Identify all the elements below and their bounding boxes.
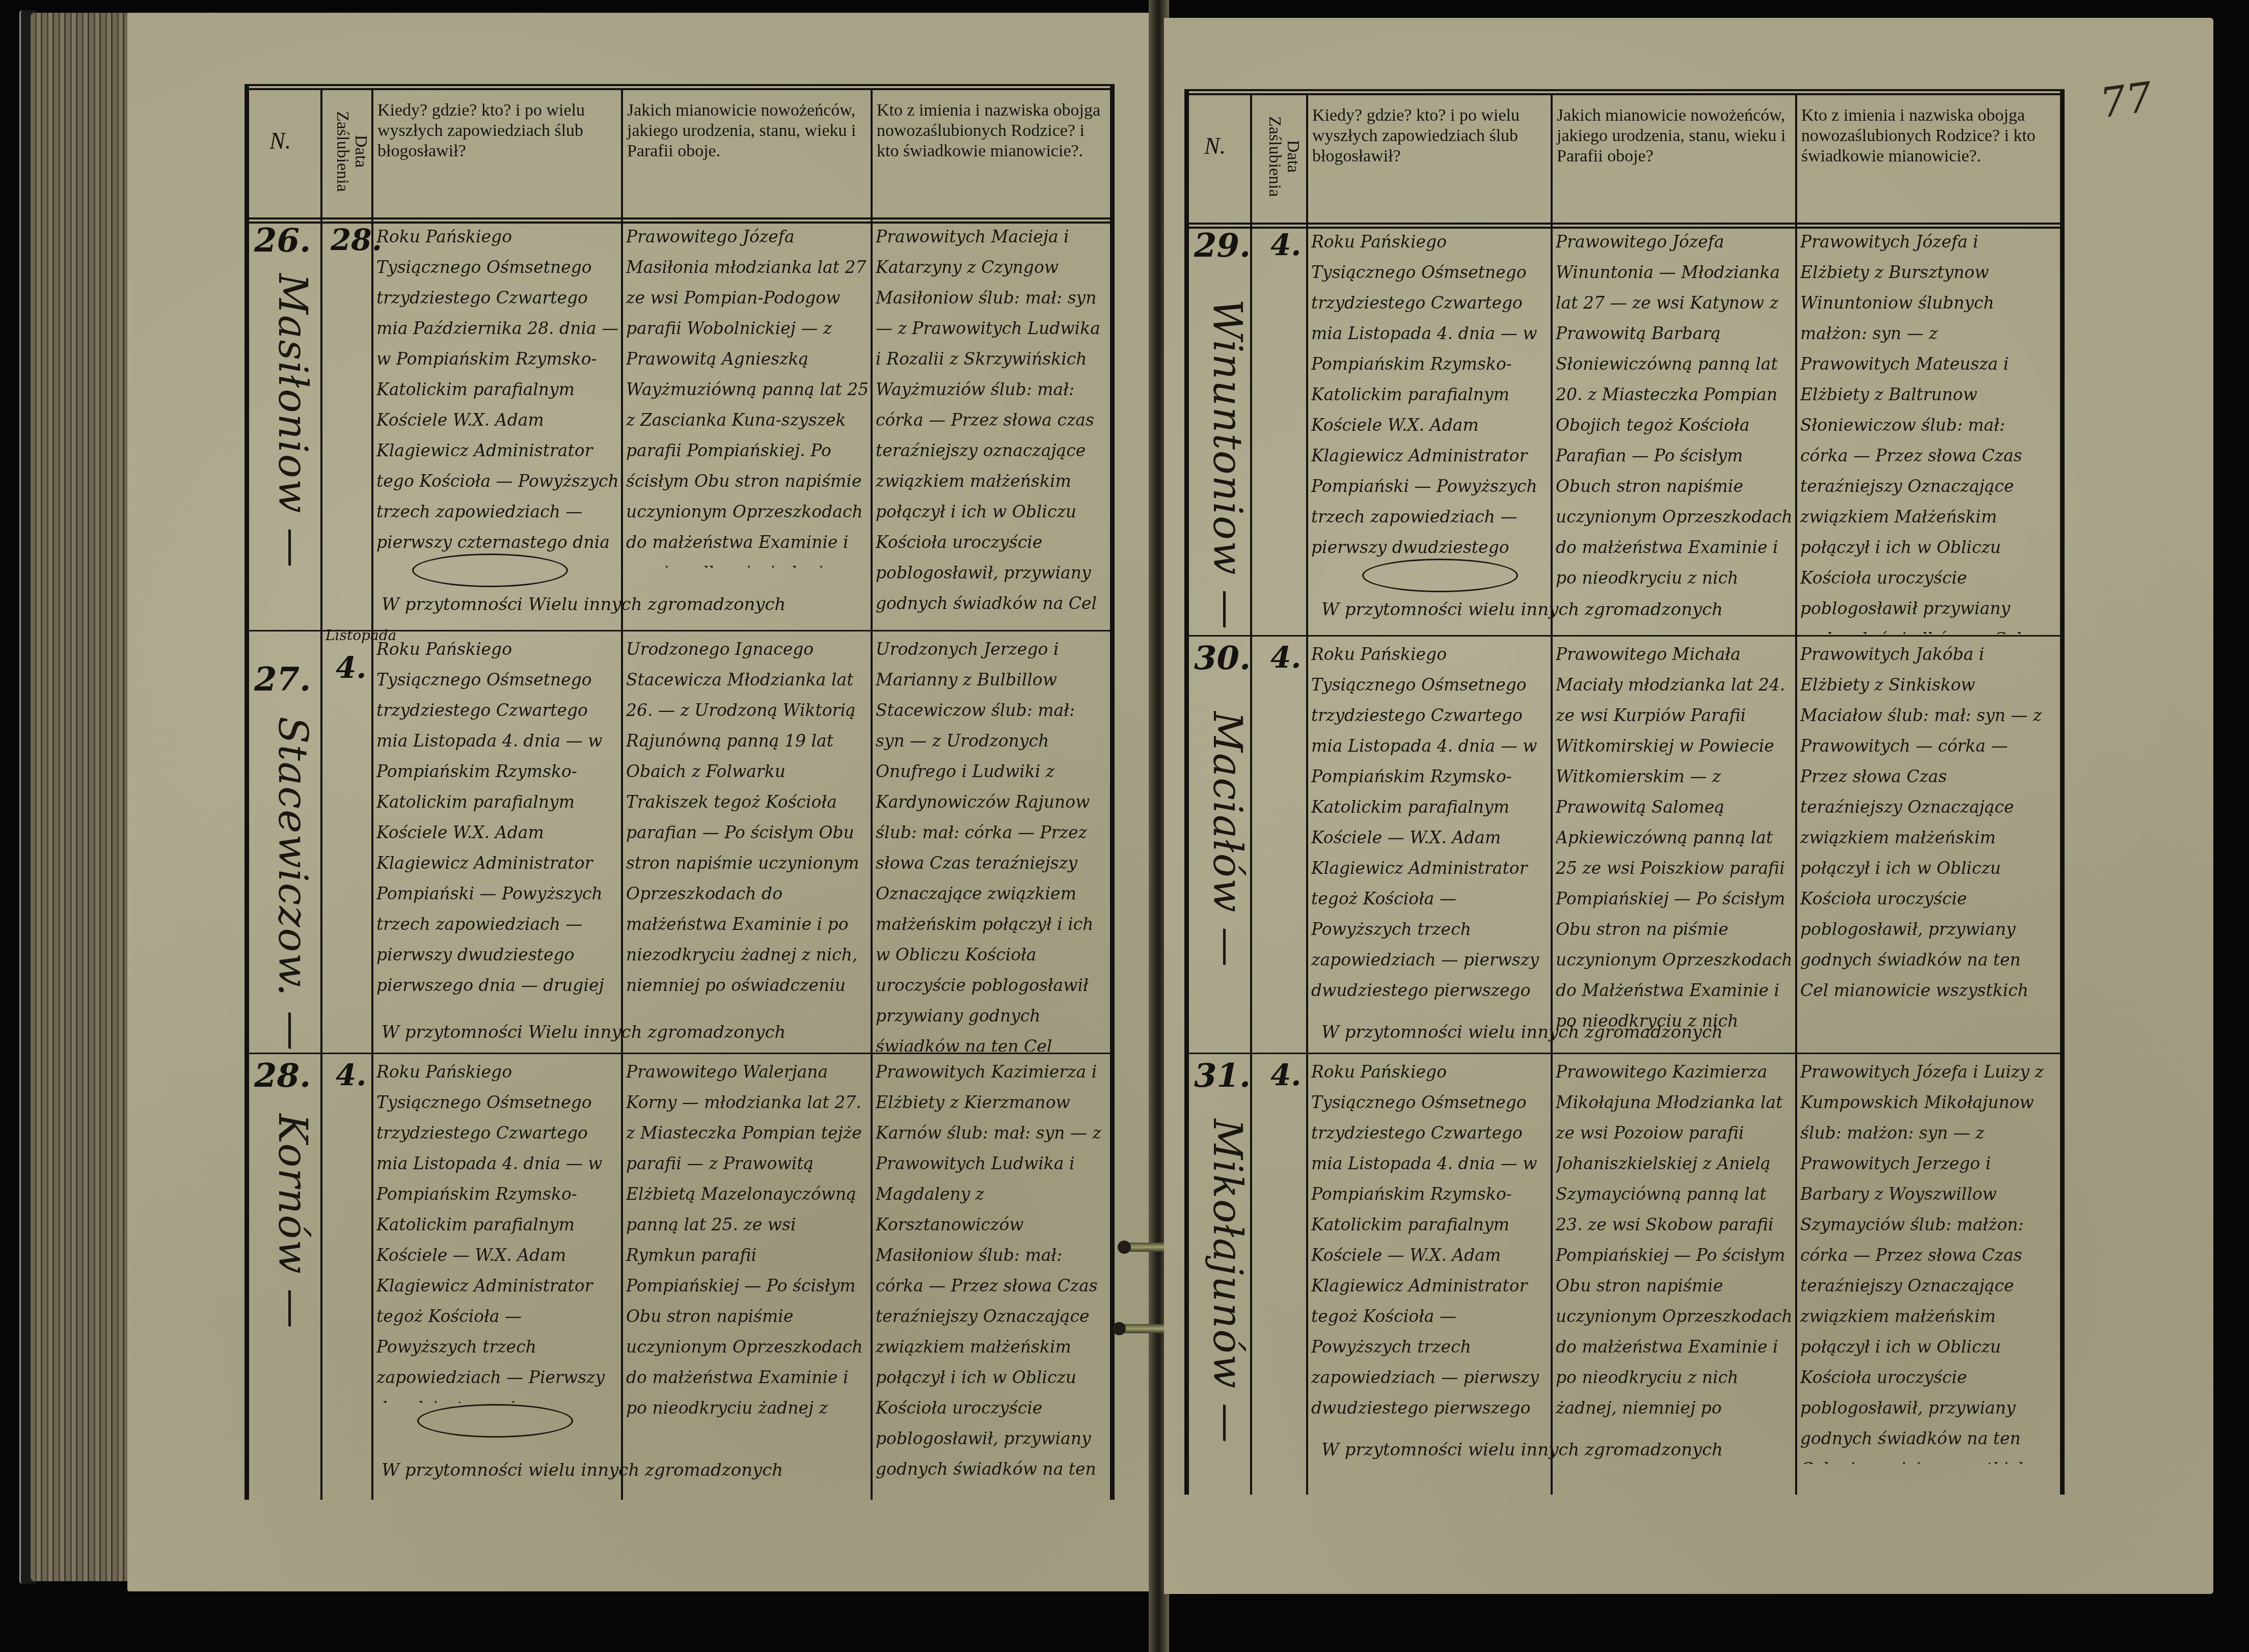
entry-number: 27.: [254, 660, 311, 699]
register-entry: 30. 4. Maciałów — Roku Pańskiego Tysiącz…: [1189, 635, 2060, 1054]
entry-date: 4.: [336, 1058, 367, 1092]
entry-date: 4.: [1270, 1058, 1302, 1092]
entry-surname: Stacewiczow. —: [269, 717, 315, 1052]
register-table-right: N. Data Zaślubienia Kiedy? gdzie? kto? i…: [1184, 89, 2065, 1495]
flourish-decoration: [1362, 559, 1518, 592]
entry-date: 28.: [331, 223, 382, 257]
entry-date: 4.: [1270, 640, 1302, 675]
entry-when-where: Roku Pańskiego Tysiącznego Ośmsetnego tr…: [376, 634, 621, 1001]
register-entry: Listopada 27. 4. Stacewiczow. — Roku Pań…: [249, 630, 1110, 1054]
entry-newlyweds: Prawowitego Kazimierza Mikołajuna Młodzi…: [1556, 1057, 1795, 1423]
entry-surname: Masiłoniow —: [269, 273, 315, 568]
register-entry: 29. 4. Winuntoniow — Roku Pańskiego Tysi…: [1189, 223, 2060, 637]
header-number: N.: [1204, 136, 1226, 156]
entry-date: 4.: [1270, 228, 1302, 262]
entry-surname: Mikołajunów —: [1204, 1119, 1250, 1444]
page-number: 77: [2097, 73, 2155, 127]
entry-footer-note: W przytomności Wielu innych zgromadzonyc…: [382, 594, 785, 615]
header-parents-witnesses: Kto z imienia i nazwiska obojga nowozaśl…: [877, 100, 1101, 161]
entry-when-where: Roku Pańskiego Tysiącznego Ośmsetnego tr…: [1311, 1057, 1551, 1423]
entry-surname: Winuntoniow —: [1204, 299, 1250, 630]
entry-newlyweds: Prawowitego Michała Maciały młodzianka l…: [1556, 639, 1795, 1036]
entry-newlyweds: Prawowitego Józefa Winuntonia — Młodzian…: [1556, 227, 1795, 593]
entry-parents-witnesses: Prawowitych Józefa i Elżbiety z Bursztyn…: [1800, 227, 2050, 634]
book-spread: N. Data Zaślubienia Kiedy? gdzie? kto? i…: [0, 0, 2249, 1652]
entry-surname: Maciałów —: [1204, 711, 1250, 968]
entry-footer-note: W przytomności wielu innych zgromadzonyc…: [1321, 599, 1723, 620]
entry-footer-note: W przytomności wielu innych zgromadzonyc…: [1321, 1022, 1723, 1042]
flourish-decoration: [412, 554, 568, 587]
entry-newlyweds: Prawowitego Józefa Masiłonia młodzianka …: [626, 222, 871, 568]
entry-number: 26.: [254, 222, 311, 260]
entry-parents-witnesses: Prawowitych Macieja i Katarzyny z Czyngo…: [876, 222, 1105, 624]
entry-parents-witnesses: Prawowitych Józefa i Luizy z Kumpowskich…: [1800, 1057, 2050, 1464]
register-table-left: N. Data Zaślubienia Kiedy? gdzie? kto? i…: [245, 84, 1115, 1500]
entry-number: 28.: [254, 1057, 311, 1095]
register-entry: 31. 4. Mikołajunów — Roku Pańskiego Tysi…: [1189, 1053, 2060, 1491]
header-newlyweds: Jakich mianowicie nowożeńców, jakiego ur…: [1557, 105, 1791, 167]
entry-when-where: Roku Pańskiego Tysiącznego Ośmsetnego tr…: [1311, 639, 1551, 1006]
entry-when-where: Roku Pańskiego Tysiącznego Ośmsetnego tr…: [376, 222, 621, 553]
header-date: Data Zaślubienia: [1265, 100, 1302, 212]
entry-footer-note: W przytomności wielu innych zgromadzonyc…: [382, 1460, 783, 1480]
entry-parents-witnesses: Prawowitych Jakóba i Elżbiety z Sinkisko…: [1800, 639, 2050, 1006]
header-parents-witnesses: Kto z imienia i nazwiska obojga nowozaśl…: [1801, 105, 2046, 167]
entry-number: 30.: [1194, 639, 1251, 677]
table-header: N. Data Zaślubienia Kiedy? gdzie? kto? i…: [1189, 89, 2060, 229]
table-header: N. Data Zaślubienia Kiedy? gdzie? kto? i…: [249, 84, 1110, 224]
entry-number: 29.: [1194, 227, 1251, 265]
entry-when-where: Roku Pańskiego Tysiącznego Ośmsetnego tr…: [1311, 227, 1551, 563]
entry-footer-note: W przytomności wielu innych zgromadzonyc…: [1321, 1440, 1723, 1460]
page-stack: [31, 13, 132, 1581]
entry-footer-note: W przytomności Wielu innych zgromadzonyc…: [382, 1022, 785, 1042]
header-when-where: Kiedy? gdzie? kto? i po wielu wyszłych z…: [377, 100, 617, 161]
register-entry: 26. 28. Masiłoniow — Roku Pańskiego Tysi…: [249, 217, 1110, 631]
entry-parents-witnesses: Urodzonych Jerzego i Marianny z Bulbillo…: [876, 634, 1105, 1052]
entry-date: 4.: [336, 650, 367, 685]
entry-surname: Kornów —: [269, 1114, 315, 1329]
entry-newlyweds: Prawowitego Walerjana Korny — młodzianka…: [626, 1057, 871, 1423]
header-number: N.: [269, 131, 291, 151]
entry-when-where: Roku Pańskiego Tysiącznego Ośmsetnego tr…: [376, 1057, 621, 1403]
header-newlyweds: Jakich mianowicie nowożeńców, jakiego ur…: [627, 100, 866, 161]
header-when-where: Kiedy? gdzie? kto? i po wielu wyszłych z…: [1312, 105, 1547, 167]
entry-number: 31.: [1194, 1057, 1251, 1095]
register-entry: 28. 4. Kornów — Roku Pańskiego Tysiączne…: [249, 1053, 1110, 1491]
right-page: 77 N. Data Zaślubienia Kiedy? gdzie? kto…: [1164, 18, 2213, 1594]
flourish-decoration: [417, 1404, 573, 1438]
header-date: Data Zaślubienia: [333, 95, 370, 207]
entry-parents-witnesses: Prawowitych Kazimierza i Elżbiety z Kier…: [876, 1057, 1105, 1490]
left-page: N. Data Zaślubienia Kiedy? gdzie? kto? i…: [127, 13, 1151, 1591]
entry-newlyweds: Urodzonego Ignacego Stacewicza Młodziank…: [626, 634, 871, 1001]
